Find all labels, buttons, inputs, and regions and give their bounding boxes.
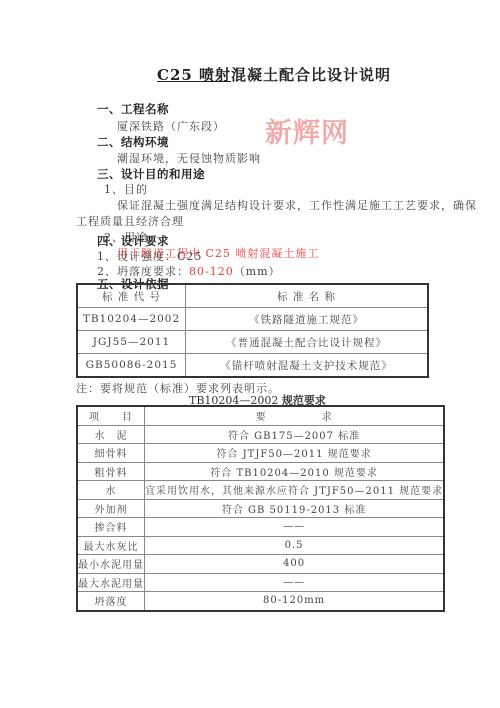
table-row: 最小水泥用量400 [77,555,444,574]
standard-code: GB50086-2015 [77,354,186,378]
item-requirement: 400 [145,555,445,574]
requirements-table: 项 目 要 求 水 泥符合 GB175—2007 标准 细骨料符合 JTJF50… [76,405,445,612]
item-name: 细骨料 [77,444,145,463]
standard-name: 《铁路隧道施工规范》 [186,308,429,331]
item-name: 最大水灰比 [77,536,145,555]
standard-code: TB10204—2002 [77,308,186,331]
item-requirement: —— [145,518,445,537]
table-row: JGJ55—2011 《普通混凝土配合比设计规程》 [77,331,428,354]
item-name: 外加剂 [77,499,145,518]
item-name: 坍落度 [77,592,145,611]
table-row: 外加剂符合 GB 50119-2013 标准 [77,499,444,518]
document-title: C25 喷射混凝土配合比设计说明 [157,64,391,85]
header-standard-name: 标 准 名 称 [186,284,429,308]
header-standard-code: 标 准 代 号 [77,284,186,308]
watermark-logo: 新辉网 [265,111,349,150]
section-1-text: 厦深铁路（广东段） [117,118,225,134]
item-name: 水 [77,481,145,500]
table-header-row: 项 目 要 求 [77,406,444,425]
section-4-heading: 四、设计要求 [97,233,169,249]
item-name: 最大水泥用量 [77,573,145,592]
section-1-heading: 一、工程名称 [97,101,169,117]
table-row: 坍落度80-120mm [77,592,444,611]
table-header-row: 标 准 代 号 标 准 名 称 [77,284,428,308]
item-name: 最小水泥用量 [77,555,145,574]
table-row: 粗骨料符合 TB10204—2010 规范要求 [77,462,444,481]
header-requirement: 要 求 [145,406,445,425]
standards-table: 标 准 代 号 标 准 名 称 TB10204—2002 《铁路隧道施工规范》 … [76,283,429,378]
slump-value: 80-120 [189,265,234,278]
item-requirement: 符合 GB175—2007 标准 [145,425,445,444]
item-requirement: 符合 JTJF50—2011 规范要求 [145,444,445,463]
section-4-item1: 1、设计强度：C25 [97,248,202,264]
table-row: TB10204—2002 《铁路隧道施工规范》 [77,308,428,331]
table-row: 最大水灰比0.5 [77,536,444,555]
section-3-sub1: 1、目的 [104,181,148,197]
item-name: 掺合料 [77,518,145,537]
section-2-heading: 二、结构环境 [97,134,169,150]
standard-name: 《锚杆喷射混凝土支护技术规范》 [186,354,429,378]
item-requirement: —— [145,573,445,592]
table-row: 掺合料—— [77,518,444,537]
item-requirement: 0.5 [145,536,445,555]
table-row: 细骨料符合 JTJF50—2011 规范要求 [77,444,444,463]
table-row: 水宜采用饮用水，其他来源水应符合 JTJF50—2011 规范要求 [77,481,444,500]
section-3-heading: 三、设计目的和用途 [97,166,205,182]
table-row: 最大水泥用量—— [77,573,444,592]
section-3-sub1-text-line2: 工程质量且经济合理 [76,213,184,229]
header-item: 项 目 [77,406,145,425]
item-requirement: 符合 GB 50119-2013 标准 [145,499,445,518]
item-requirement: 80-120mm [145,592,445,611]
title-underlined-part: C25 喷射 [157,66,231,84]
item-name: 粗骨料 [77,462,145,481]
section-3-sub1-text-line1: 保证混凝土强度满足结构设计要求，工作性满足施工工艺要求，确保 [117,197,477,213]
item-name: 水 泥 [77,425,145,444]
standard-name: 《普通混凝土配合比设计规程》 [186,331,429,354]
title-rest: 混凝土配合比设计说明 [231,66,391,84]
table-row: GB50086-2015 《锚杆喷射混凝土支护技术规范》 [77,354,428,378]
section-2-text: 潮湿环境，无侵蚀物质影响 [117,150,261,166]
standard-code: JGJ55—2011 [77,331,186,354]
table-row: 水 泥符合 GB175—2007 标准 [77,425,444,444]
item-requirement: 符合 TB10204—2010 规范要求 [145,462,445,481]
item-requirement: 宜采用饮用水，其他来源水应符合 JTJF50—2011 规范要求 [145,481,445,500]
